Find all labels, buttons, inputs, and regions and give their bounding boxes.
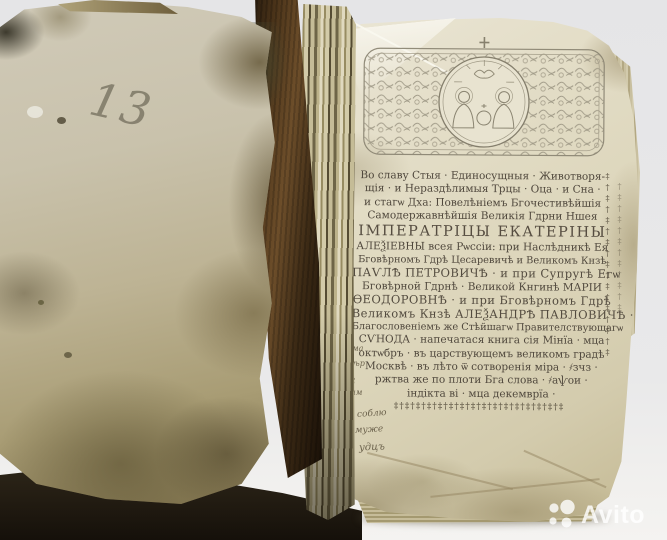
stain-spot xyxy=(57,117,66,124)
ornament-border-bottom: ‡†‡†‡†‡†‡†‡†‡†‡†‡†‡†‡†‡†‡†‡†‡†‡ xyxy=(354,401,604,413)
text-line: індікта ві · мца декемврїа · xyxy=(351,387,611,402)
stain-spot xyxy=(38,300,44,305)
text-line: Самодержавнѣйшія Великія Гдрни Ншея xyxy=(352,209,612,224)
margin-fragment: соблю xyxy=(357,408,387,420)
avito-wordmark: Avito xyxy=(581,498,645,532)
title-text-block: Во славу Стыя · Единосущныя · Животворя-… xyxy=(351,169,613,402)
ornament-border-right-outer: †‡†‡†‡†‡†‡†‡ xyxy=(615,182,624,382)
avito-logo-icon xyxy=(546,498,578,532)
margin-fragment: удцъ xyxy=(359,442,385,454)
text-line: ржтва же по плоти Бга слова · ҂аѱои · xyxy=(351,374,611,389)
text-line-empress-name: ІМПЕРАТРІЦЫ ЕКАТЕРІНЫ xyxy=(352,223,612,242)
ornament-border-right: ‡†‡†‡†‡†‡†‡†‡†‡†‡ xyxy=(603,172,612,408)
avito-watermark: Avito xyxy=(546,498,645,532)
left-pastedown-page xyxy=(0,2,302,504)
margin-fragment: муже xyxy=(355,424,384,435)
engraved-headpiece xyxy=(358,35,611,169)
cross-finial-icon xyxy=(479,37,489,48)
trinity-medallion xyxy=(439,57,530,148)
chalk-spot xyxy=(27,106,43,118)
text-line: СѴНОДА · напечатася книга сія Мінїа · мц… xyxy=(352,333,612,348)
photo-of-antique-book: Во славу Стыя · Единосущныя · Животворя-… xyxy=(0,0,667,540)
stain-spot xyxy=(64,352,72,358)
